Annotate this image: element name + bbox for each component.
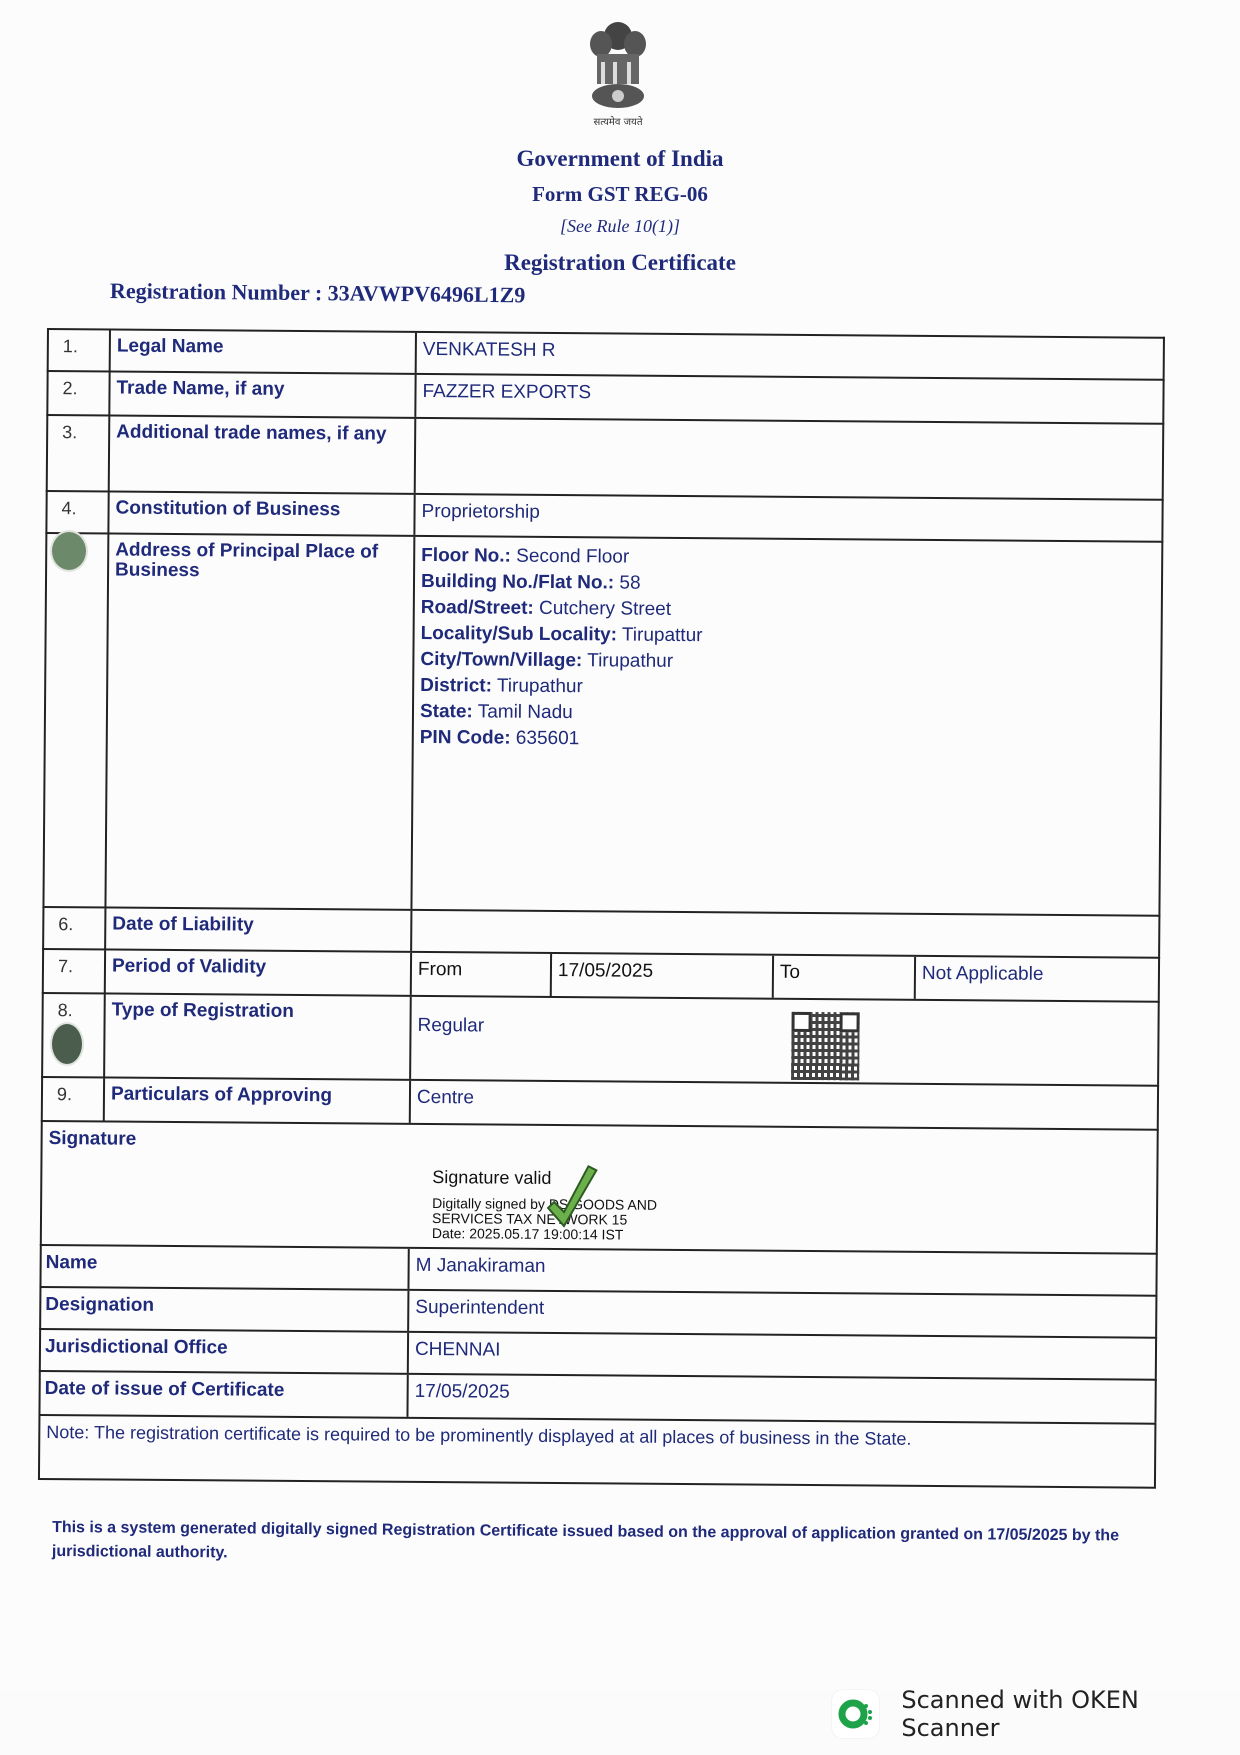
date-of-issue-label: Date of issue of Certificate — [40, 1372, 408, 1417]
designation-label: Designation — [41, 1288, 409, 1331]
form-title: Form GST REG-06 — [0, 182, 1240, 207]
signature-label: Signature — [49, 1128, 137, 1150]
validity-to-value: Not Applicable — [916, 957, 1158, 1001]
date-of-liability-value — [412, 911, 1158, 957]
designation-value: Superintendent — [409, 1291, 1155, 1337]
legal-name-label: Legal Name — [111, 331, 417, 373]
type-of-registration-value: Regular — [417, 1015, 484, 1037]
row-number: 9. — [43, 1078, 105, 1120]
row-number: 2. — [48, 372, 110, 414]
digital-signature: Signature valid Digitally signed by DS G… — [432, 1167, 733, 1243]
oken-scanner-logo-icon — [832, 1690, 879, 1738]
trade-name-value: FAZZER EXPORTS — [416, 375, 1162, 423]
legal-name-value: VENKATESH R — [417, 333, 1163, 379]
additional-trade-names-value — [416, 419, 1163, 499]
signature-row: Signature Signature valid Digitally sign… — [40, 1120, 1159, 1253]
government-title: Government of India — [0, 146, 1240, 172]
row-number: 5. — [44, 534, 109, 906]
row-number: 7. — [44, 950, 106, 992]
validity-from-label: From — [412, 953, 552, 996]
qr-code-icon — [791, 1012, 860, 1081]
table-row: 8. Type of Registration Regular — [41, 992, 1160, 1085]
registration-number-value: 33AVWPV6496L1Z9 — [328, 280, 526, 307]
note-row: Note: The registration certificate is re… — [38, 1414, 1156, 1489]
rule-reference: [See Rule 10(1)] — [0, 216, 1240, 237]
system-generated-footer: This is a system generated digitally sig… — [52, 1516, 1142, 1573]
row-number: 3. — [48, 416, 111, 490]
table-row: 5. Address of Principal Place of Busines… — [42, 532, 1163, 915]
checkmark-icon — [542, 1164, 603, 1234]
registration-number: Registration Number : 33AVWPV6496L1Z9 — [110, 278, 526, 308]
emblem-motto: सत्यमेव जयते — [575, 114, 661, 128]
officer-name-label: Name — [41, 1246, 409, 1289]
signature-cell: Signature Signature valid Digitally sign… — [42, 1122, 1157, 1253]
scanner-text: Scanned with OKEN Scanner — [901, 1686, 1240, 1742]
note-text: Note: The registration certificate is re… — [40, 1416, 1154, 1487]
row-number: 4. — [47, 492, 109, 532]
registration-number-label: Registration Number : — [110, 278, 322, 305]
constitution-label: Constitution of Business — [109, 492, 415, 534]
scanner-watermark: Scanned with OKEN Scanner — [832, 1690, 1240, 1738]
approving-authority-value: Centre — [411, 1081, 1157, 1129]
type-of-registration-label: Type of Registration — [105, 994, 412, 1078]
row-number: 6. — [44, 908, 106, 948]
national-emblem-icon — [583, 14, 653, 124]
period-of-validity-label: Period of Validity — [106, 950, 412, 994]
punch-hole — [50, 1022, 84, 1066]
row-number: 1. — [49, 330, 111, 370]
type-of-registration-cell: Regular — [411, 997, 1158, 1085]
constitution-value: Proprietorship — [415, 495, 1161, 541]
certificate-title: Registration Certificate — [0, 250, 1240, 276]
approving-authority-label: Particulars of Approving — [105, 1078, 411, 1122]
jurisdictional-office-label: Jurisdictional Office — [41, 1330, 409, 1373]
date-of-liability-label: Date of Liability — [106, 908, 412, 950]
jurisdictional-office-value: CHENNAI — [409, 1333, 1155, 1379]
address-line: PIN Code: 635601 — [420, 725, 1154, 757]
additional-trade-names-label: Additional trade names, if any — [110, 416, 417, 492]
certificate-table: 1. Legal Name VENKATESH R 2. Trade Name,… — [38, 328, 1165, 1489]
address-value: Floor No.: Second Floor Building No./Fla… — [412, 537, 1161, 915]
officer-name-value: M Janakiraman — [409, 1249, 1155, 1295]
certificate-page: सत्यमेव जयते Government of India Form GS… — [0, 0, 1240, 1690]
validity-to-label: To — [774, 956, 916, 999]
trade-name-label: Trade Name, if any — [110, 373, 416, 417]
validity-from-value: 17/05/2025 — [552, 954, 774, 998]
date-of-issue-value: 17/05/2025 — [408, 1375, 1154, 1423]
table-row: 3. Additional trade names, if any — [46, 414, 1165, 499]
punch-hole — [50, 530, 88, 572]
address-label: Address of Principal Place of Business — [106, 534, 415, 908]
